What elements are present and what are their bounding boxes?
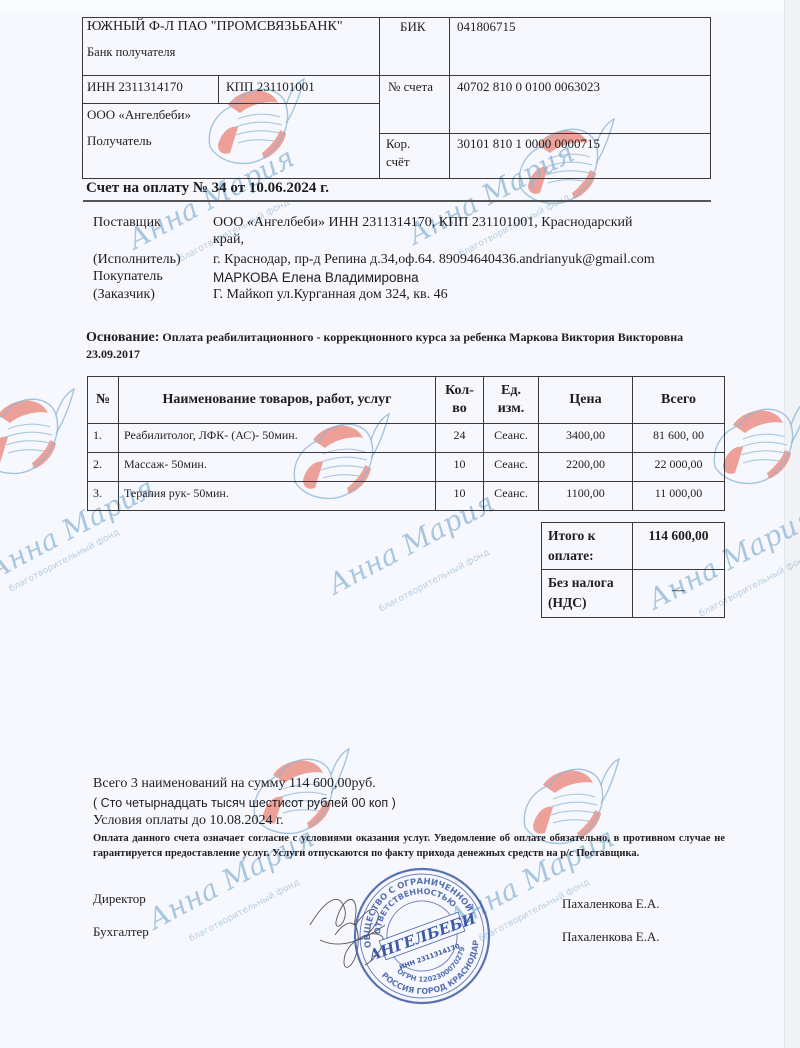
- row-name: Массаж- 50мин.: [119, 453, 436, 482]
- table-row: 3. Терапия рук- 50мин. 10 Сеанс. 1100,00…: [88, 482, 725, 511]
- bank-name: ЮЖНЫЙ Ф-Л ПАО "ПРОМСВЯЗЬБАНК": [87, 19, 343, 35]
- total-row: Итого к оплате: 114 600,00: [542, 523, 725, 570]
- payment-terms: Условия оплаты до 10.08.2024 г.: [93, 813, 284, 829]
- summary-line: Всего 3 наименований на сумму 114 600,00…: [93, 776, 376, 792]
- row-name: Терапия рук- 50мин.: [119, 482, 436, 511]
- row-num: 3.: [88, 482, 119, 511]
- accountant-label: Бухгалтер: [93, 924, 149, 940]
- vat-label: Без налога (НДС): [542, 570, 633, 618]
- row-price: 2200,00: [539, 453, 633, 482]
- col-name: Наименование товаров, работ, услуг: [119, 377, 436, 424]
- vat-row: Без налога (НДС) —: [542, 570, 725, 618]
- vat-value: —: [633, 570, 725, 618]
- col-total: Всего: [633, 377, 725, 424]
- col-price: Цена: [539, 377, 633, 424]
- vat-label-line-2: (НДС): [548, 595, 587, 610]
- row-total: 11 000,00: [633, 482, 725, 511]
- watermark-hand-logo-icon: [0, 385, 80, 490]
- corr-label-1: Кор.: [386, 136, 410, 152]
- table-row: 2. Массаж- 50мин. 10 Сеанс. 2200,00 22 0…: [88, 453, 725, 482]
- page-top-edge: [0, 0, 800, 12]
- buyer-label: Покупатель: [93, 269, 163, 285]
- director-label: Директор: [93, 891, 146, 907]
- row-price: 3400,00: [539, 424, 633, 453]
- recipient-label: Получатель: [87, 133, 152, 149]
- row-num: 2.: [88, 453, 119, 482]
- basis-text: Оплата реабилитационного - коррекционног…: [86, 330, 683, 361]
- title-divider: [83, 200, 711, 202]
- account-value: 40702 810 0 0100 0063023: [457, 79, 600, 95]
- row-price: 1100,00: [539, 482, 633, 511]
- director-name: Пахаленкова Е.А.: [562, 896, 660, 912]
- totals-table: Итого к оплате: 114 600,00 Без налога (Н…: [541, 522, 725, 618]
- col-qty-line-1: Кол-: [445, 383, 474, 398]
- row-qty: 10: [436, 482, 484, 511]
- row-num: 1.: [88, 424, 119, 453]
- inn-value: ИНН 2311314170: [87, 79, 183, 95]
- account-label: № счета: [388, 79, 433, 95]
- bik-label: БИК: [400, 19, 426, 35]
- corr-value: 30101 810 1 0000 0000715: [457, 136, 600, 152]
- amount-in-words: ( Сто четырнадцать тысяч шестисот рублей…: [93, 796, 396, 810]
- invoice-title: Счет на оплату № 34 от 10.06.2024 г.: [86, 180, 329, 197]
- col-unit: Ед. изм.: [484, 377, 539, 424]
- supplier-line-1: ООО «Ангелбеби» ИНН 2311314170, КПП 2311…: [213, 215, 633, 231]
- basis-label: Основание:: [86, 330, 159, 345]
- supplier-line-2: край,: [213, 232, 244, 248]
- col-num: №: [88, 377, 119, 424]
- payment-notice: Оплата данного счета означает согласие с…: [93, 831, 725, 861]
- supplier-label: Поставщик: [93, 215, 161, 231]
- items-table: № Наименование товаров, работ, услуг Кол…: [87, 376, 725, 511]
- row-qty: 10: [436, 453, 484, 482]
- buyer-name: МАРКОВА Елена Владимировна: [213, 270, 419, 285]
- row-unit: Сеанс.: [484, 424, 539, 453]
- row-qty: 24: [436, 424, 484, 453]
- payment-basis: Основание: Оплата реабилитационного - ко…: [86, 329, 726, 363]
- company-stamp: ОБЩЕСТВО С ОГРАНИЧЕННОЙ ОТВЕТСТВЕННОСТЬЮ…: [332, 846, 511, 1025]
- col-unit-line-1: Ед.: [501, 383, 521, 398]
- accountant-name: Пахаленкова Е.А.: [562, 929, 660, 945]
- corr-label-2: счёт: [386, 154, 410, 170]
- row-unit: Сеанс.: [484, 482, 539, 511]
- row-total: 81 600, 00: [633, 424, 725, 453]
- col-qty-line-2: во: [452, 401, 466, 416]
- row-total: 22 000,00: [633, 453, 725, 482]
- col-qty: Кол- во: [436, 377, 484, 424]
- total-value: 114 600,00: [633, 523, 725, 570]
- bik-value: 041806715: [457, 19, 516, 35]
- supplier-address: г. Краснодар, пр-д Репина д.34,оф.64. 89…: [213, 252, 655, 268]
- table-row: 1. Реабилитолог, ЛФК- (АС)- 50мин. 24 Се…: [88, 424, 725, 453]
- total-label: Итого к оплате:: [542, 523, 633, 570]
- row-name: Реабилитолог, ЛФК- (АС)- 50мин.: [119, 424, 436, 453]
- bank-label: Банк получателя: [87, 45, 175, 60]
- total-label-line-2: оплате:: [548, 548, 594, 563]
- kpp-value: КПП 231101001: [226, 79, 315, 95]
- total-label-line-1: Итого к: [548, 528, 595, 543]
- col-unit-line-2: изм.: [498, 401, 525, 416]
- buyer-address: Г. Майкоп ул.Курганная дом 324, кв. 46: [213, 287, 448, 303]
- recipient-name: ООО «Ангелбеби»: [87, 107, 191, 123]
- items-header-row: № Наименование товаров, работ, услуг Кол…: [88, 377, 725, 424]
- row-unit: Сеанс.: [484, 453, 539, 482]
- vat-label-line-1: Без налога: [548, 575, 614, 590]
- supplier-label-2: (Исполнитель): [93, 252, 181, 268]
- buyer-label-2: (Заказчик): [93, 287, 155, 303]
